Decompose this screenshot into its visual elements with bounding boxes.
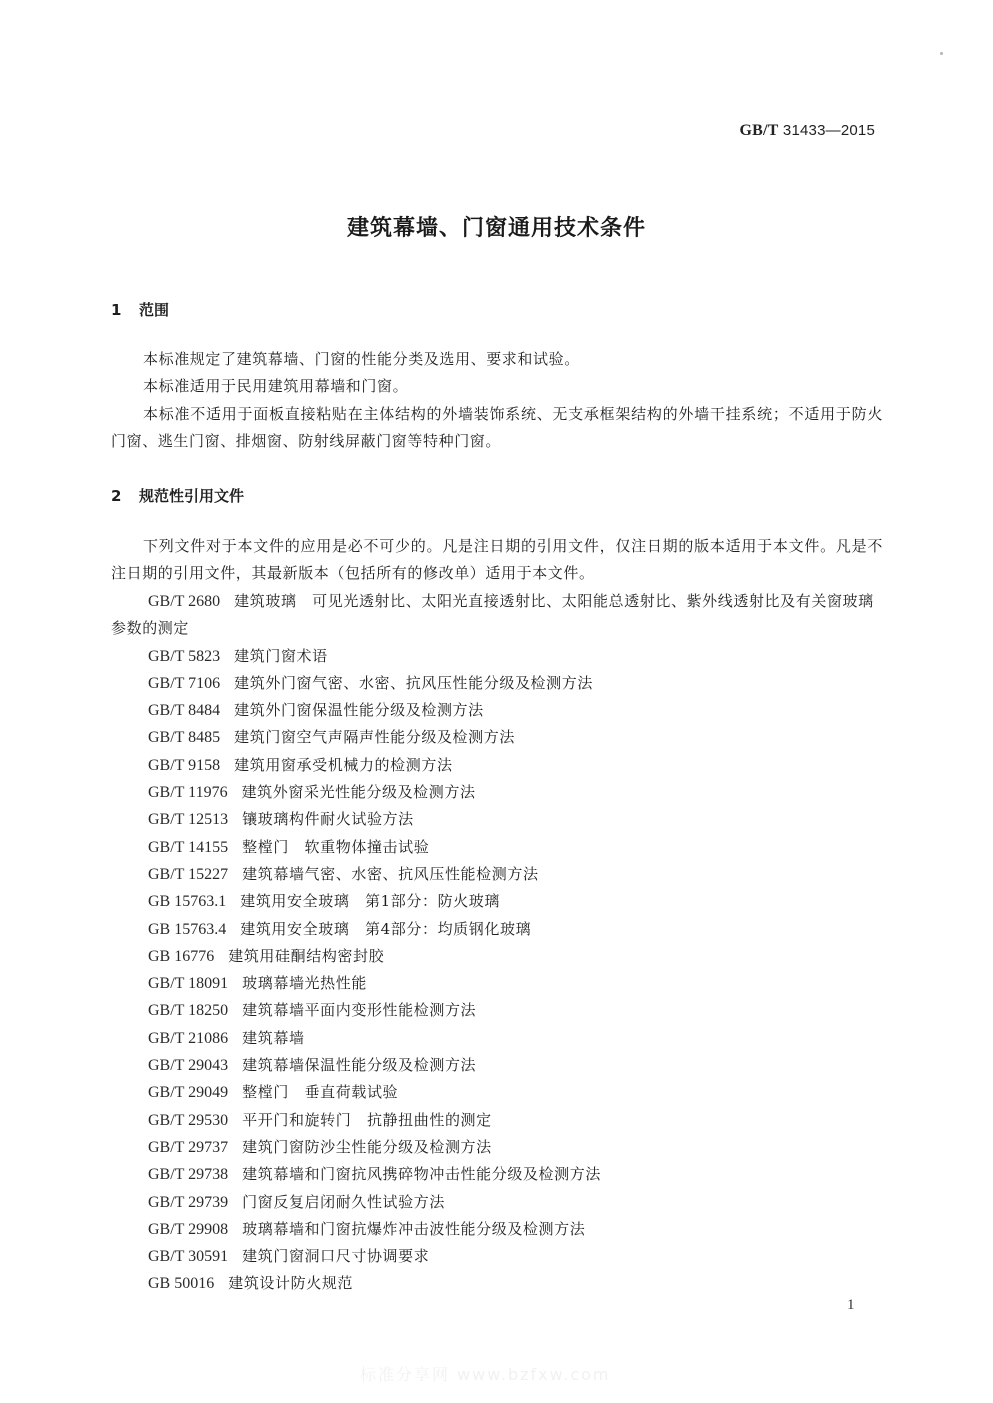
- reference-title: 平开门和旋转门 抗静扭曲性的测定: [242, 1111, 492, 1129]
- reference-code: GB/T 5823: [148, 648, 220, 665]
- section-number: 1: [111, 301, 139, 319]
- reference-code: GB 15763.4: [148, 921, 226, 938]
- reference-title: 建筑外门窗气密、水密、抗风压性能分级及检测方法: [234, 674, 593, 692]
- reference-title: 建筑幕墙: [242, 1029, 304, 1047]
- reference-title: 建筑幕墙和门窗抗风携碎物冲击性能分级及检测方法: [242, 1165, 601, 1183]
- list-item: GB/T 15227建筑幕墙气密、水密、抗风压性能检测方法: [111, 861, 883, 888]
- reference-title: 建筑幕墙气密、水密、抗风压性能检测方法: [242, 865, 538, 883]
- standard-prefix: GB/T: [739, 122, 778, 139]
- reference-code: GB/T 30591: [148, 1248, 228, 1265]
- reference-title: 建筑玻璃 可见光透射比、太阳光直接透射比、太阳能总透射比、紫外线透射比及有关窗玻…: [111, 592, 874, 637]
- list-item: GB/T 29908玻璃幕墙和门窗抗爆炸冲击波性能分级及检测方法: [111, 1216, 883, 1243]
- section-title: 规范性引用文件: [139, 487, 244, 505]
- reference-code: GB/T 21086: [148, 1030, 228, 1047]
- reference-code: GB 50016: [148, 1275, 214, 1292]
- section-heading-scope: 1范围: [111, 299, 169, 320]
- reference-title: 镶玻璃构件耐火试验方法: [242, 810, 414, 828]
- page-number: 1: [847, 1297, 855, 1314]
- scan-artifact: [940, 52, 943, 55]
- section-heading-normative-references: 2规范性引用文件: [111, 485, 244, 506]
- list-item: GB/T 11976建筑外窗采光性能分级及检测方法: [111, 779, 883, 806]
- paragraph: 本标准不适用于面板直接粘贴在主体结构的外墙装饰系统、无支承框架结构的外墙干挂系统…: [111, 401, 883, 456]
- reference-title: 建筑幕墙保温性能分级及检测方法: [242, 1056, 476, 1074]
- reference-title: 建筑设计防火规范: [228, 1274, 353, 1292]
- reference-code: GB/T 29739: [148, 1194, 228, 1211]
- list-item: GB/T 5823建筑门窗术语: [111, 643, 883, 670]
- list-item: GB/T 29739门窗反复启闭耐久性试验方法: [111, 1189, 883, 1216]
- reference-title: 建筑外窗采光性能分级及检测方法: [242, 783, 476, 801]
- reference-code: GB 16776: [148, 948, 214, 965]
- list-item: GB/T 30591建筑门窗洞口尺寸协调要求: [111, 1243, 883, 1270]
- list-item: GB/T 8485建筑门窗空气声隔声性能分级及检测方法: [111, 724, 883, 751]
- reference-title: 建筑用安全玻璃 第1部分：防火玻璃: [240, 892, 500, 910]
- list-item: GB/T 7106建筑外门窗气密、水密、抗风压性能分级及检测方法: [111, 670, 883, 697]
- reference-code: GB/T 8485: [148, 729, 220, 746]
- reference-code: GB/T 12513: [148, 811, 228, 828]
- paragraph: 下列文件对于本文件的应用是必不可少的。凡是注日期的引用文件，仅注日期的版本适用于…: [111, 533, 883, 588]
- reference-title: 整樘门 软重物体撞击试验: [242, 838, 429, 856]
- list-item: GB 50016建筑设计防火规范: [111, 1270, 883, 1297]
- list-item: GB/T 14155整樘门 软重物体撞击试验: [111, 834, 883, 861]
- section-number: 2: [111, 487, 139, 505]
- reference-code: GB/T 15227: [148, 866, 228, 883]
- paragraph: 本标准适用于民用建筑用幕墙和门窗。: [111, 373, 883, 400]
- list-item: GB/T 29738建筑幕墙和门窗抗风携碎物冲击性能分级及检测方法: [111, 1161, 883, 1188]
- reference-title: 建筑用窗承受机械力的检测方法: [234, 756, 452, 774]
- section-title: 范围: [139, 301, 169, 319]
- document-title: 建筑幕墙、门窗通用技术条件: [0, 211, 993, 242]
- list-item: GB 15763.4建筑用安全玻璃 第4部分：均质钢化玻璃: [111, 916, 883, 943]
- reference-code: GB/T 8484: [148, 702, 220, 719]
- standard-code: 31433—2015: [783, 122, 875, 139]
- paragraph: 本标准规定了建筑幕墙、门窗的性能分类及选用、要求和试验。: [111, 346, 883, 373]
- reference-title: 建筑门窗洞口尺寸协调要求: [242, 1247, 429, 1265]
- reference-list: GB/T 2680建筑玻璃 可见光透射比、太阳光直接透射比、太阳能总透射比、紫外…: [111, 588, 883, 1298]
- references-intro: 下列文件对于本文件的应用是必不可少的。凡是注日期的引用文件，仅注日期的版本适用于…: [111, 533, 883, 588]
- reference-title: 建筑幕墙平面内变形性能检测方法: [242, 1001, 476, 1019]
- list-item: GB/T 2680建筑玻璃 可见光透射比、太阳光直接透射比、太阳能总透射比、紫外…: [111, 588, 883, 643]
- reference-title: 建筑门窗防沙尘性能分级及检测方法: [242, 1138, 492, 1156]
- list-item: GB/T 18250建筑幕墙平面内变形性能检测方法: [111, 997, 883, 1024]
- reference-title: 玻璃幕墙光热性能: [242, 974, 367, 992]
- list-item: GB/T 29737建筑门窗防沙尘性能分级及检测方法: [111, 1134, 883, 1161]
- reference-title: 整樘门 垂直荷载试验: [242, 1083, 398, 1101]
- reference-title: 建筑用安全玻璃 第4部分：均质钢化玻璃: [240, 920, 531, 938]
- reference-code: GB/T 2680: [148, 593, 220, 610]
- reference-title: 门窗反复启闭耐久性试验方法: [242, 1193, 445, 1211]
- reference-code: GB/T 18091: [148, 975, 228, 992]
- document-page: GB/T 31433—2015 建筑幕墙、门窗通用技术条件 1范围 本标准规定了…: [0, 0, 993, 1403]
- list-item: GB 15763.1建筑用安全玻璃 第1部分：防火玻璃: [111, 888, 883, 915]
- watermark: 标准分享网 www.bzfxw.com: [360, 1362, 611, 1385]
- reference-title: 建筑门窗空气声隔声性能分级及检测方法: [234, 728, 515, 746]
- reference-code: GB/T 9158: [148, 757, 220, 774]
- reference-code: GB/T 29530: [148, 1112, 228, 1129]
- reference-code: GB/T 29738: [148, 1166, 228, 1183]
- reference-code: GB/T 29737: [148, 1139, 228, 1156]
- reference-code: GB/T 29043: [148, 1057, 228, 1074]
- reference-code: GB/T 18250: [148, 1002, 228, 1019]
- list-item: GB/T 9158建筑用窗承受机械力的检测方法: [111, 752, 883, 779]
- list-item: GB/T 12513镶玻璃构件耐火试验方法: [111, 806, 883, 833]
- standard-number: GB/T 31433—2015: [739, 122, 875, 140]
- list-item: GB/T 29530平开门和旋转门 抗静扭曲性的测定: [111, 1107, 883, 1134]
- reference-title: 建筑门窗术语: [234, 647, 328, 665]
- reference-code: GB/T 7106: [148, 675, 220, 692]
- scope-body: 本标准规定了建筑幕墙、门窗的性能分类及选用、要求和试验。 本标准适用于民用建筑用…: [111, 346, 883, 455]
- list-item: GB 16776建筑用硅酮结构密封胶: [111, 943, 883, 970]
- reference-code: GB/T 29049: [148, 1084, 228, 1101]
- reference-title: 建筑外门窗保温性能分级及检测方法: [234, 701, 484, 719]
- list-item: GB/T 8484建筑外门窗保温性能分级及检测方法: [111, 697, 883, 724]
- reference-code: GB/T 14155: [148, 839, 228, 856]
- reference-code: GB/T 29908: [148, 1221, 228, 1238]
- reference-title: 建筑用硅酮结构密封胶: [228, 947, 384, 965]
- reference-code: GB/T 11976: [148, 784, 228, 801]
- list-item: GB/T 29049整樘门 垂直荷载试验: [111, 1079, 883, 1106]
- list-item: GB/T 18091玻璃幕墙光热性能: [111, 970, 883, 997]
- list-item: GB/T 21086建筑幕墙: [111, 1025, 883, 1052]
- list-item: GB/T 29043建筑幕墙保温性能分级及检测方法: [111, 1052, 883, 1079]
- reference-code: GB 15763.1: [148, 893, 226, 910]
- reference-title: 玻璃幕墙和门窗抗爆炸冲击波性能分级及检测方法: [242, 1220, 585, 1238]
